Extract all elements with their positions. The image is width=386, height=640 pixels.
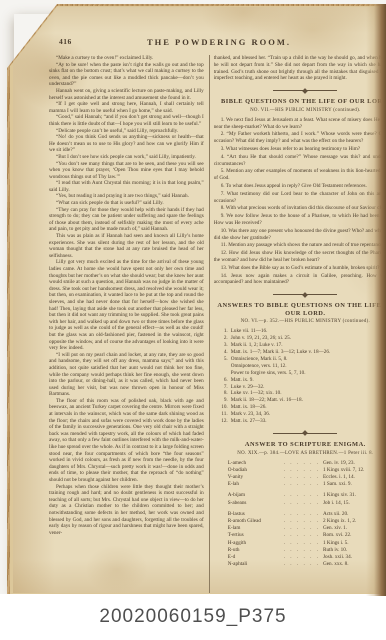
page-header: 416 THE POWDERING ROOM.: [49, 37, 386, 50]
answer-reference: Matt. ix. 27—33.: [231, 418, 386, 425]
paragraph: Hannah went on, giving a scientific lect…: [49, 88, 204, 101]
enigma-row: O-badiah. . . . . . . . . . . .1 Kings x…: [214, 467, 386, 474]
answer-row: 1.Luke vii. 11—16.: [214, 328, 386, 335]
answer-number: 1.: [214, 328, 228, 335]
answer-row: 2.John v. 19, 21, 23, 26; xi. 25.: [214, 335, 386, 342]
enigma-row: R-amoth Gilead. . . . . . . . . . . .2 K…: [214, 518, 386, 525]
section-divider: [273, 431, 337, 436]
question-item: 1. We next find Jesus at Jerusalem at a …: [214, 117, 386, 131]
answer-reference: Matt. ix. 9.: [231, 377, 386, 384]
answer-number: 2.: [214, 335, 228, 342]
answer-row: 12.Matt. ix. 27—33.: [214, 418, 386, 425]
answer-number: 11.: [214, 411, 228, 418]
answer-number: 7.: [214, 384, 228, 391]
section-subtitle: NO. XIX.—p. 384.—LOVE AS BRETHREN.—1 Pet…: [214, 451, 386, 457]
question-item: 2. “My Father worketh hitherto, and I wo…: [214, 131, 386, 145]
answer-row: Omnipotence, vers. 11, 12.: [214, 363, 386, 370]
enigma-word: R-uth: [228, 547, 284, 554]
answer-reference: Mark v. 23, 34, 36.: [231, 411, 386, 418]
enigma-row: L-amech. . . . . . . . . . . .Gen. iv. 1…: [214, 460, 386, 467]
paragraph: “If I get quite well and strong here, Ha…: [49, 101, 204, 114]
answer-number: 8.: [214, 390, 228, 397]
answer-reference: John v. 19, 21, 23, 26; xi. 25.: [231, 335, 386, 342]
paragraph: “Good,” said Hannah; “and if you don’t g…: [49, 114, 204, 127]
enigma-word: N-aphtali: [228, 561, 284, 568]
section-subtitle: NO. VI.—p. 352.—HIS PUBLIC MINISTRY (con…: [214, 319, 386, 325]
answer-reference: Luke v. 29—32.: [231, 384, 386, 391]
dot-leader: . . . . . . . . . . . .: [284, 481, 323, 488]
enigma-word: R-amoth Gilead: [228, 518, 284, 525]
answer-reference: Omnipotence, vers. 11, 12.: [231, 363, 386, 370]
answer-row: 5.Omniscience, Mark ii. 5, 8.: [214, 356, 386, 363]
divider-diamond-ornament: [303, 88, 309, 94]
continuation-paragraph: thanked, and blessed her. “Train up a ch…: [214, 55, 386, 82]
question-item: 7. What testimony did our Lord bear to t…: [214, 191, 386, 205]
paragraph: “You don’t see many things that are to b…: [49, 161, 204, 181]
answer-row: 6.Matt. ix. 9.: [214, 377, 386, 384]
dot-leader: . . . . . . . . . . . .: [284, 500, 323, 507]
book-page: 416 THE POWDERING ROOM. “Make a curtsey …: [13, 7, 386, 593]
question-item: 12. How did Jesus show His knowledge of …: [214, 250, 386, 264]
dot-leader: . . . . . . . . . . . .: [284, 525, 323, 532]
right-column: thanked, and blessed her. “Train up a ch…: [214, 55, 386, 593]
scanned-book-photo: 416 THE POWDERING ROOM. “Make a curtsey …: [0, 0, 386, 596]
enigma-word: E-d: [228, 554, 284, 561]
answer-number: [214, 363, 228, 370]
answer-row: 8.Luke xv. 1—32; xix. 10.: [214, 390, 386, 397]
enigma-row: A-bijam. . . . . . . . . . . .1 Kings xi…: [214, 492, 386, 499]
dot-leader: . . . . . . . . . . . .: [284, 561, 323, 568]
answer-row: 9.Mark ii. 18—22; Matt. vi. 16—18.: [214, 397, 386, 404]
paragraph: “But I don’t see how sick people can wor…: [49, 154, 204, 161]
enigma-word: H-aggith: [228, 540, 284, 547]
dot-leader: . . . . . . . . . . . .: [284, 460, 323, 467]
answer-number: 3.: [214, 342, 228, 349]
catalog-label-strip: 20020060159_P375: [0, 594, 386, 640]
dot-leader: . . . . . . . . . . . .: [284, 492, 323, 499]
enigma-row: E-lah. . . . . . . . . . . .1 Sam. xxi. …: [214, 481, 386, 488]
question-item: 6. To what does Jesus appeal in reply? G…: [214, 183, 386, 190]
answer-row: 4.Matt. ix. 1—7; Mark ii. 3—12; Luke v. …: [214, 349, 386, 356]
paragraph: “Make a curtsey to the oven!” exclaimed …: [49, 55, 204, 62]
question-item: 9. We now follow Jesus to the house of a…: [214, 213, 386, 227]
dot-leader: . . . . . . . . . . . .: [284, 547, 323, 554]
enigma-word: E-lam: [228, 525, 284, 532]
running-title: THE POWDERING ROOM.: [49, 37, 386, 47]
section-title-bible-questions: BIBLE QUESTIONS ON THE LIFE OF OUR LORD.: [214, 98, 386, 106]
dot-leader: . . . . . . . . . . . .: [284, 467, 323, 474]
section-subtitle: NO. VII.—HIS PUBLIC MINISTRY (continued)…: [214, 108, 386, 114]
paragraph: “No! do you think God sends us anything—…: [49, 134, 204, 154]
question-item: 4. “Art thou He that should come?” Whose…: [214, 154, 386, 168]
divider-diamond-ornament: [303, 431, 309, 437]
enigma-row: E-lam. . . . . . . . . . . .Gen. xiv. 1.: [214, 525, 386, 532]
enigma-row: B-lastus. . . . . . . . . . . .Acts xii.…: [214, 511, 386, 518]
enigma-row: T-ertius. . . . . . . . . . . .Rom. xvi.…: [214, 532, 386, 539]
question-item: 8. With what precious words of invitatio…: [214, 205, 386, 212]
catalog-label: 20020060159_P375: [99, 606, 286, 628]
two-column-layout: “Make a curtsey to the oven!” exclaimed …: [49, 55, 386, 593]
paragraph: The floor of this room was of polished o…: [49, 398, 204, 484]
enigma-word: E-lah: [228, 481, 284, 488]
question-item: 5. Mention any other examples of moments…: [214, 168, 386, 182]
question-item: 3. What witnesses does Jesus refer to as…: [214, 146, 386, 153]
answer-number: 9.: [214, 397, 228, 404]
left-column: “Make a curtsey to the oven!” exclaimed …: [49, 55, 204, 593]
answer-number: 10.: [214, 404, 228, 411]
column-divider-rule: [209, 55, 210, 593]
question-item: 13. What does the Bible say as to God’s …: [214, 265, 386, 272]
paragraph: “Ay to be sure! when the paste isn’t rig…: [49, 62, 204, 88]
answer-number: 6.: [214, 377, 228, 384]
enigma-word: B-lastus: [228, 511, 284, 518]
dot-leader: . . . . . . . . . . . .: [284, 511, 323, 518]
answer-reference: Mark ii. 1, 2; Luke v. 17.: [231, 342, 386, 349]
paragraph: This was as plain as if Hannah had seen …: [49, 233, 204, 259]
enigma-row: H-aggith. . . . . . . . . . . .1 Kings i…: [214, 540, 386, 547]
enigma-row: S-abeans. . . . . . . . . . . .Job i. 14…: [214, 500, 386, 507]
answer-reference: Luke xv. 1—32; xix. 10.: [231, 390, 386, 397]
answer-row: 7.Luke v. 29—32.: [214, 384, 386, 391]
answer-number: [214, 370, 228, 377]
page-number: 416: [59, 37, 72, 46]
answer-reference: Luke vii. 11—16.: [231, 328, 386, 335]
section-divider: [273, 88, 337, 93]
enigma-row: N-aphtali. . . . . . . . . . . .Gen. xxx…: [214, 561, 386, 568]
answer-reference: Power to forgive sins, vers. 5, 7, 10.: [231, 370, 386, 377]
enigma-row: R-uth. . . . . . . . . . . .Ruth iv. 10.: [214, 547, 386, 554]
paragraph: Lilly got very much excited as the time …: [49, 259, 204, 351]
dot-leader: . . . . . . . . . . . .: [284, 532, 323, 539]
question-item: 10. Was there any one present who honour…: [214, 228, 386, 242]
paragraph: “I read that with Aunt Chrystal this mor…: [49, 180, 204, 193]
book-gutter-shadow: [366, 4, 386, 596]
answer-row: 10.Matt. ix. 18—26.: [214, 404, 386, 411]
section-title-answers: ANSWERS TO BIBLE QUESTIONS ON THE LIFE O…: [214, 302, 386, 317]
answer-row: 3.Mark ii. 1, 2; Luke v. 17.: [214, 342, 386, 349]
dot-leader: . . . . . . . . . . . .: [284, 474, 323, 481]
paragraph: “I will put on my pearl chain and locket…: [49, 352, 204, 398]
answer-reference: Omniscience, Mark ii. 5, 8.: [231, 356, 386, 363]
enigma-word: S-abeans: [228, 500, 284, 507]
section-divider: [273, 292, 337, 297]
answer-number: 12.: [214, 418, 228, 425]
answer-reference: Mark ii. 18—22; Matt. vi. 16—18.: [231, 397, 386, 404]
question-item: 11. Mention any passage which shows the …: [214, 242, 386, 249]
answer-row: 11.Mark v. 23, 34, 36.: [214, 411, 386, 418]
enigma-row: V-anity. . . . . . . . . . . .Eccles. i.…: [214, 474, 386, 481]
dot-leader: . . . . . . . . . . . .: [284, 540, 323, 547]
section-title-enigma: ANSWER TO SCRIPTURE ENIGMA.: [214, 441, 386, 449]
enigma-word: V-anity: [228, 474, 284, 481]
dot-leader: . . . . . . . . . . . .: [284, 554, 323, 561]
page-content: 416 THE POWDERING ROOM. “Make a curtsey …: [49, 37, 386, 587]
enigma-word: A-bijam: [228, 492, 284, 499]
enigma-word: L-amech: [228, 460, 284, 467]
enigma-row: E-d. . . . . . . . . . . .Josh. xxii. 34…: [214, 554, 386, 561]
answer-number: 4.: [214, 349, 228, 356]
paragraph: “They can pray for those they would help…: [49, 207, 204, 233]
paragraph: Perhaps when those children were little …: [49, 484, 204, 537]
answer-reference: Matt. ix. 1—7; Mark ii. 3—12; Luke v. 18…: [231, 349, 386, 356]
answer-reference: Matt. ix. 18—26.: [231, 404, 386, 411]
answer-number: 5.: [214, 356, 228, 363]
enigma-word: O-badiah: [228, 467, 284, 474]
paragraph: “What can sick people do that is useful?…: [49, 200, 204, 207]
divider-diamond-ornament: [303, 292, 309, 298]
answer-row: Power to forgive sins, vers. 5, 7, 10.: [214, 370, 386, 377]
question-item: 14. Jesus now again makes a circuit in G…: [214, 273, 386, 287]
dot-leader: . . . . . . . . . . . .: [284, 518, 323, 525]
enigma-word: T-ertius: [228, 532, 284, 539]
